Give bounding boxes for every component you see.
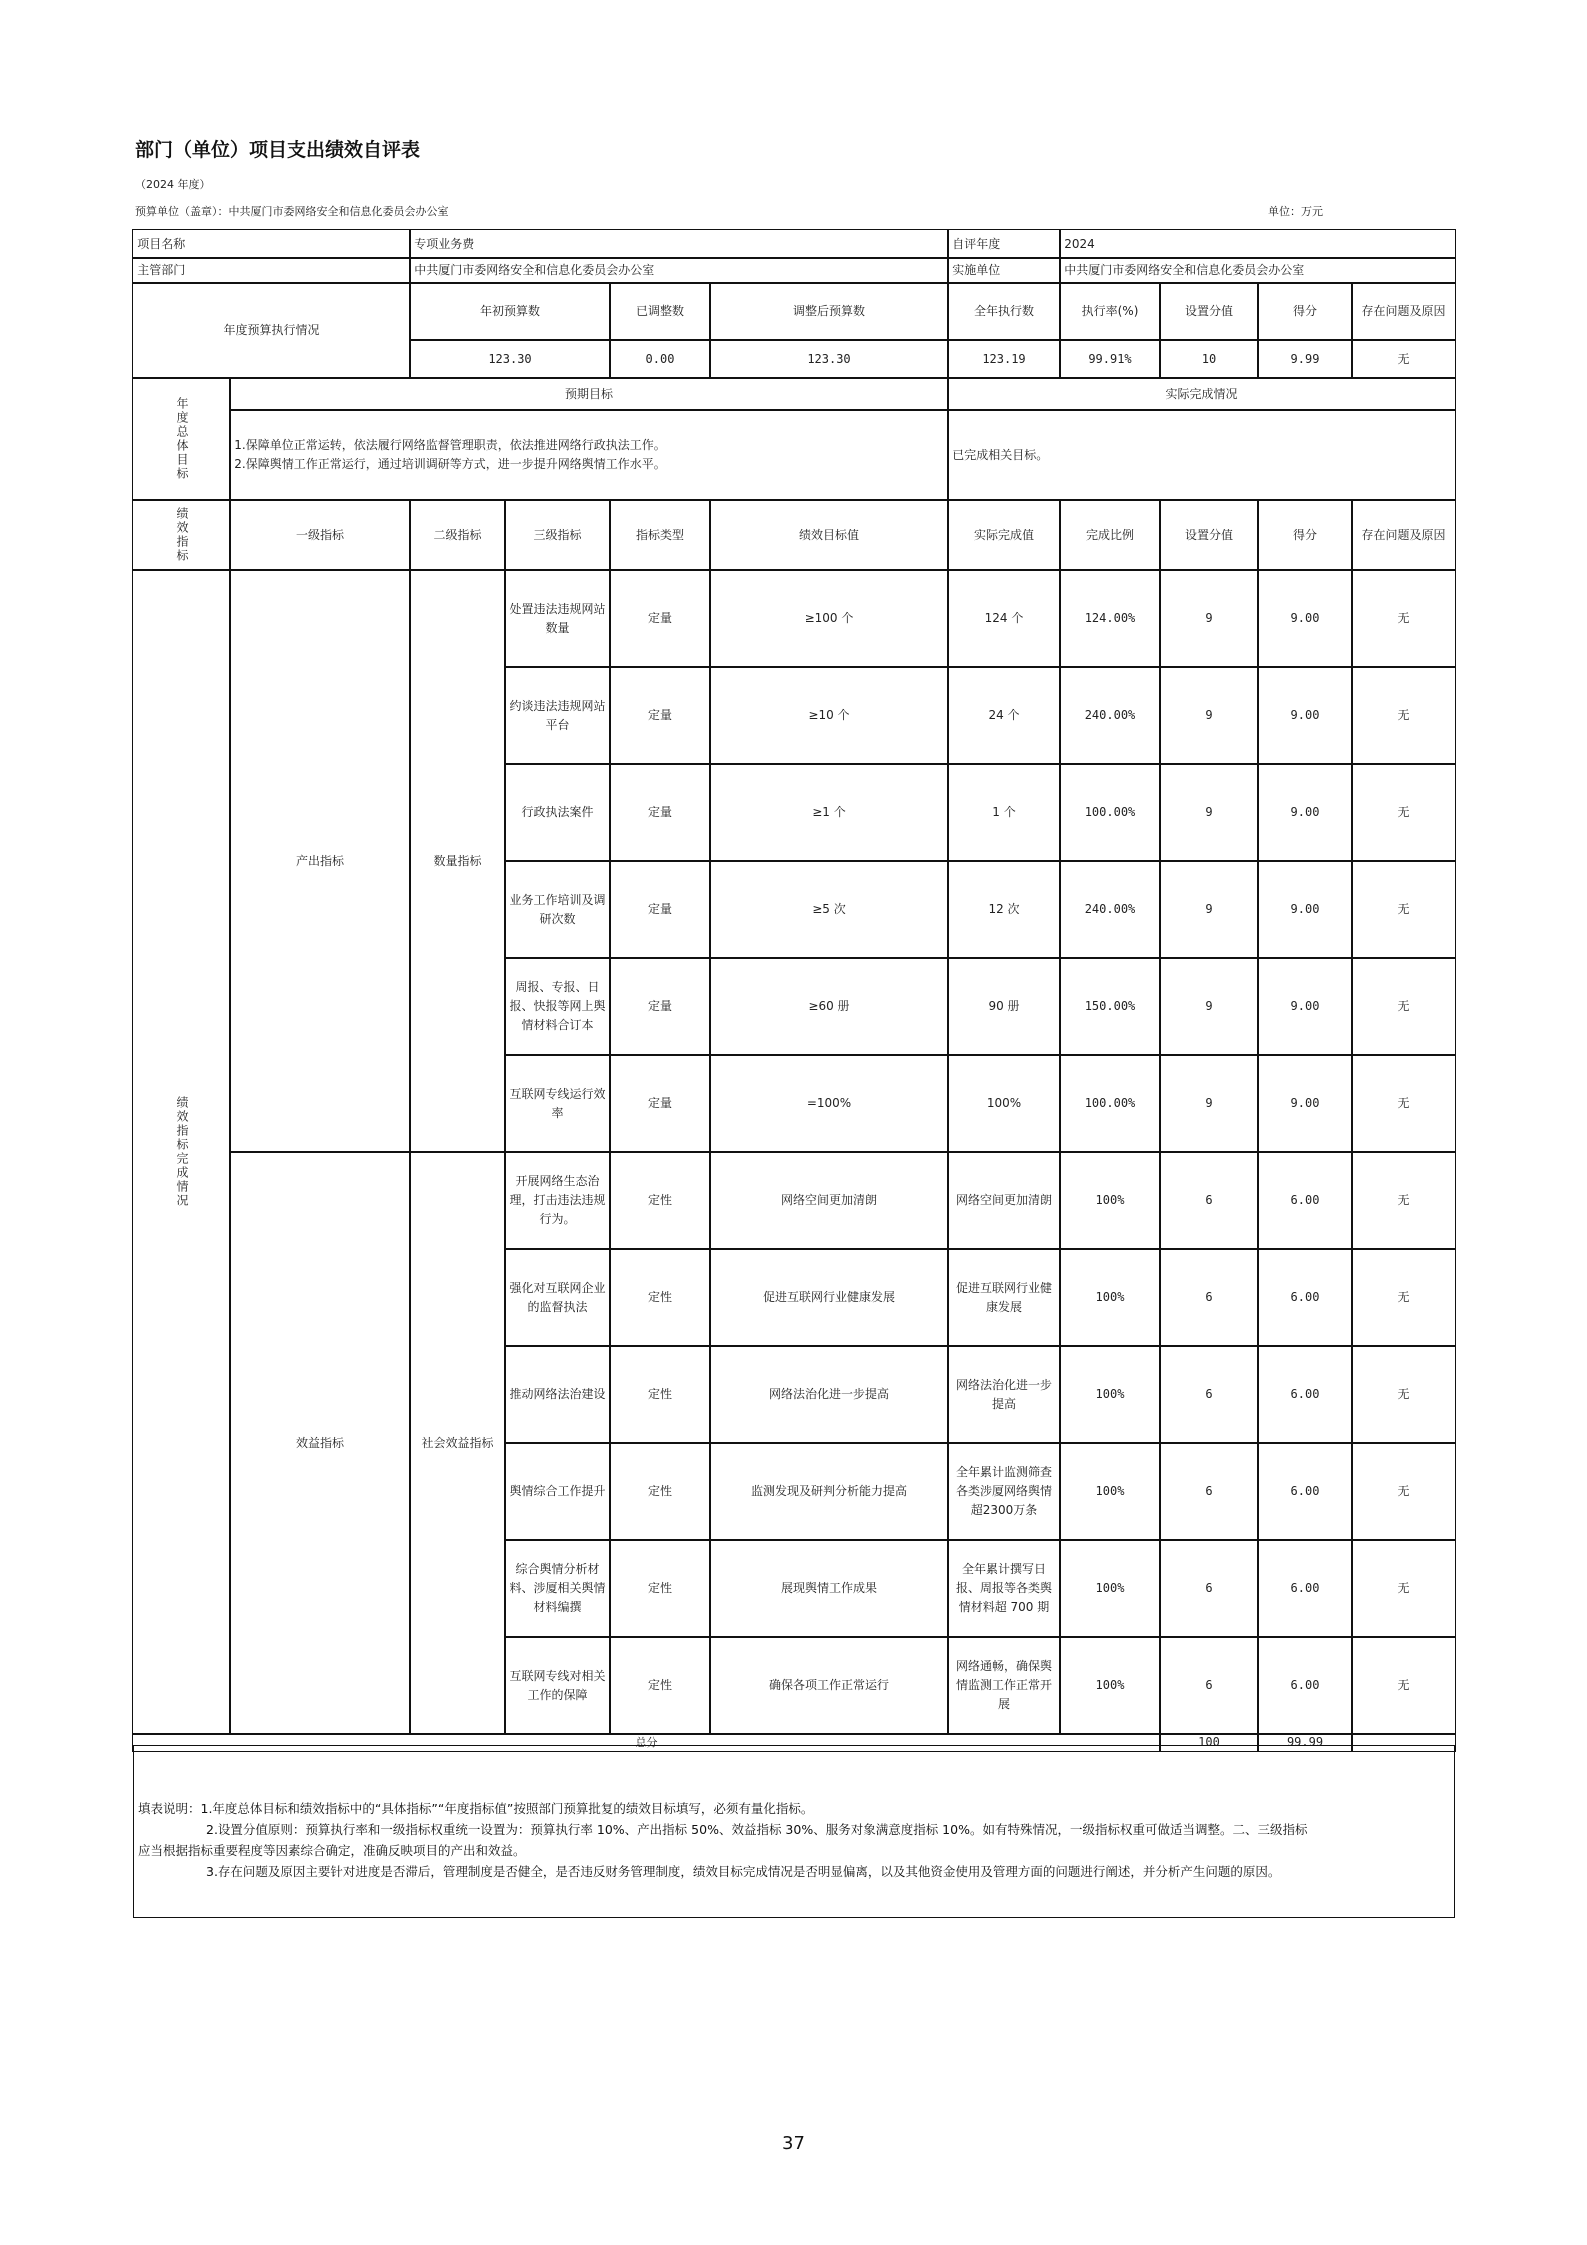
budget-unit: 预算单位（盖章）：中共厦门市委网络安全和信息化委员会办公室 bbox=[135, 203, 449, 219]
budget-header: 设置分值 bbox=[1159, 282, 1259, 341]
indicator-header-text: 完成比例 bbox=[1086, 526, 1134, 545]
indicator-header-text: 实际完成值 bbox=[974, 526, 1034, 545]
indicator-score-text: 9.00 bbox=[1291, 900, 1320, 919]
indicator-actual-text: 90 册 bbox=[988, 997, 1019, 1016]
indicator-weight: 9 bbox=[1159, 569, 1259, 668]
indicator-ratio: 100% bbox=[1059, 1248, 1161, 1347]
indicator-issue-text: 无 bbox=[1397, 900, 1409, 919]
budget-value-text: 123.30 bbox=[807, 350, 850, 369]
indicator-header-text: 二级指标 bbox=[433, 526, 481, 545]
indicator-type: 定量 bbox=[609, 666, 711, 765]
indicator-name-text: 强化对互联网企业的监督执法 bbox=[509, 1279, 606, 1317]
indicator-type: 定性 bbox=[609, 1636, 711, 1735]
impl: 中共厦门市委网络安全和信息化委员会办公室 bbox=[1059, 257, 1456, 284]
indicator-name-text: 行政执法案件 bbox=[521, 803, 593, 822]
indicator-type: 定量 bbox=[609, 957, 711, 1056]
indicator-weight: 6 bbox=[1159, 1151, 1259, 1250]
indicator-target: 确保各项工作正常运行 bbox=[709, 1636, 949, 1735]
indicator-score: 9.00 bbox=[1257, 860, 1353, 959]
budget-value: 0.00 bbox=[609, 339, 711, 379]
indicator-header: 存在问题及原因 bbox=[1351, 499, 1456, 571]
indicator-score-text: 9.00 bbox=[1291, 803, 1320, 822]
indicator-header: 完成比例 bbox=[1059, 499, 1161, 571]
indicator-type-text: 定性 bbox=[648, 1385, 672, 1404]
indicator-target-text: 监测发现及研判分析能力提高 bbox=[751, 1482, 907, 1501]
indicator-name: 推动网络法治建设 bbox=[504, 1345, 611, 1444]
indicator-weight: 9 bbox=[1159, 1054, 1259, 1153]
budget-value: 10 bbox=[1159, 339, 1259, 379]
indicator-header-text: 设置分值 bbox=[1185, 526, 1233, 545]
indicator-name: 周报、专报、日报、快报等网上舆情材料合订本 bbox=[504, 957, 611, 1056]
indicator-type-text: 定量 bbox=[648, 900, 672, 919]
indicator-weight-text: 9 bbox=[1205, 1094, 1212, 1113]
level1-benefit-text: 效益指标 bbox=[296, 1434, 344, 1453]
indicator-weight-text: 9 bbox=[1205, 803, 1212, 822]
budget-header-text: 得分 bbox=[1293, 302, 1317, 321]
indicator-name: 舆情综合工作提升 bbox=[504, 1442, 611, 1541]
indicator-name: 综合舆情分析材料、涉厦相关舆情材料编撰 bbox=[504, 1539, 611, 1638]
note-line-3: 应当根据指标重要程度等因素综合确定，准确反映项目的产出和效益。 bbox=[138, 1840, 1450, 1861]
budget-value-text: 9.99 bbox=[1291, 350, 1320, 369]
indicator-target-text: 确保各项工作正常运行 bbox=[769, 1676, 889, 1695]
indicator-score-text: 6.00 bbox=[1291, 1288, 1320, 1307]
level2-social-text: 社会效益指标 bbox=[421, 1434, 493, 1453]
indicator-actual: 100% bbox=[947, 1054, 1061, 1153]
budget-header: 存在问题及原因 bbox=[1351, 282, 1456, 341]
eval-year-label: 自评年度 bbox=[947, 229, 1061, 259]
indicator-target-text: 网络空间更加清朗 bbox=[781, 1191, 877, 1210]
indicator-score: 6.00 bbox=[1257, 1442, 1353, 1541]
indicator-weight-text: 6 bbox=[1205, 1191, 1212, 1210]
indicator-score: 9.00 bbox=[1257, 569, 1353, 668]
indicator-ratio-text: 240.00% bbox=[1085, 706, 1136, 725]
budget-header-text: 已调整数 bbox=[636, 302, 684, 321]
indicator-ratio: 100% bbox=[1059, 1345, 1161, 1444]
indicator-issue: 无 bbox=[1351, 1248, 1456, 1347]
indicator-header-text: 存在问题及原因 bbox=[1361, 526, 1445, 545]
year-note: （2024 年度） bbox=[135, 176, 211, 192]
indicator-score-text: 9.00 bbox=[1291, 1094, 1320, 1113]
budget-header: 已调整数 bbox=[609, 282, 711, 341]
indicator-type-text: 定量 bbox=[648, 997, 672, 1016]
indicator-target-text: 展现舆情工作成果 bbox=[781, 1579, 877, 1598]
indicator-score-text: 6.00 bbox=[1291, 1191, 1320, 1210]
indicator-header: 绩效目标值 bbox=[709, 499, 949, 571]
indicator-target: 网络空间更加清朗 bbox=[709, 1151, 949, 1250]
dept: 中共厦门市委网络安全和信息化委员会办公室 bbox=[409, 257, 949, 284]
indicator-name-text: 推动网络法治建设 bbox=[509, 1385, 605, 1404]
indicator-type: 定量 bbox=[609, 860, 711, 959]
indicator-target: 网络法治化进一步提高 bbox=[709, 1345, 949, 1444]
indicator-name: 处置违法违规网站数量 bbox=[504, 569, 611, 668]
expected-goals: 1.保障单位正常运转，依法履行网络监督管理职责，依法推进网络行政执法工作。2.保… bbox=[234, 436, 665, 474]
indicator-type-text: 定性 bbox=[648, 1482, 672, 1501]
indicator-target-text: 促进互联网行业健康发展 bbox=[763, 1288, 895, 1307]
indicator-issue: 无 bbox=[1351, 860, 1456, 959]
indicator-issue: 无 bbox=[1351, 569, 1456, 668]
indicator-score: 6.00 bbox=[1257, 1345, 1353, 1444]
budget-value-text: 123.19 bbox=[982, 350, 1025, 369]
indicator-target-text: ≥10 个 bbox=[808, 706, 849, 725]
indicator-target-text: ≥1 个 bbox=[812, 803, 846, 822]
indicator-type-text: 定量 bbox=[648, 706, 672, 725]
indicator-name-text: 约谈违法违规网站平台 bbox=[509, 697, 606, 735]
indicator-issue-text: 无 bbox=[1397, 1385, 1409, 1404]
indicator-issue: 无 bbox=[1351, 1539, 1456, 1638]
expected-goals-cell: 1.保障单位正常运转，依法履行网络监督管理职责，依法推进网络行政执法工作。2.保… bbox=[229, 409, 949, 501]
indicator-type-text: 定性 bbox=[648, 1579, 672, 1598]
indicator-issue: 无 bbox=[1351, 1054, 1456, 1153]
indicator-target: 展现舆情工作成果 bbox=[709, 1539, 949, 1638]
indicator-issue-text: 无 bbox=[1397, 803, 1409, 822]
indicator-issue-text: 无 bbox=[1397, 706, 1409, 725]
indicator-actual-text: 全年累计撰写日报、周报等各类舆情材料超 700 期 bbox=[952, 1560, 1056, 1617]
level2-quantity: 数量指标 bbox=[409, 569, 506, 1153]
actual-header-text: 实际完成情况 bbox=[1165, 385, 1237, 404]
expected-header-text: 预期目标 bbox=[565, 385, 613, 404]
indicator-issue-text: 无 bbox=[1397, 1288, 1409, 1307]
indicator-target-text: =100% bbox=[807, 1094, 851, 1113]
indicator-ratio: 100% bbox=[1059, 1151, 1161, 1250]
indicator-weight-text: 6 bbox=[1205, 1288, 1212, 1307]
indicator-score: 9.00 bbox=[1257, 763, 1353, 862]
indicator-ratio: 100.00% bbox=[1059, 1054, 1161, 1153]
budget-label: 年度预算执行情况 bbox=[132, 282, 411, 379]
page-number: 37 bbox=[0, 2133, 1587, 2154]
actual-goals: 已完成相关目标。 bbox=[947, 409, 1456, 501]
indicator-ratio-text: 100% bbox=[1096, 1579, 1125, 1598]
level1-output: 产出指标 bbox=[229, 569, 411, 1153]
budget-header-text: 执行率(%) bbox=[1082, 302, 1139, 321]
indicator-name: 业务工作培训及调研次数 bbox=[504, 860, 611, 959]
indicator-score-text: 9.00 bbox=[1291, 706, 1320, 725]
indicator-section-label: 绩效指标 bbox=[132, 499, 231, 571]
indicator-body-label: 绩效指标完成情况 bbox=[132, 569, 231, 1735]
indicator-issue: 无 bbox=[1351, 763, 1456, 862]
indicator-score-text: 6.00 bbox=[1291, 1482, 1320, 1501]
indicator-actual-text: 促进互联网行业健康发展 bbox=[952, 1279, 1056, 1317]
indicator-ratio-text: 150.00% bbox=[1085, 997, 1136, 1016]
expected-goal-line: 1.保障单位正常运转，依法履行网络监督管理职责，依法推进网络行政执法工作。 bbox=[234, 436, 665, 455]
eval-year-text: 2024 bbox=[1064, 235, 1095, 254]
indicator-weight-text: 9 bbox=[1205, 997, 1212, 1016]
indicator-ratio-text: 100.00% bbox=[1085, 1094, 1136, 1113]
indicator-name-text: 周报、专报、日报、快报等网上舆情材料合订本 bbox=[509, 978, 606, 1035]
indicator-target: ≥10 个 bbox=[709, 666, 949, 765]
indicator-weight-text: 9 bbox=[1205, 609, 1212, 628]
indicator-ratio: 100% bbox=[1059, 1442, 1161, 1541]
project-name-label-text: 项目名称 bbox=[137, 235, 185, 254]
indicator-type-text: 定量 bbox=[648, 609, 672, 628]
indicator-weight-text: 6 bbox=[1205, 1676, 1212, 1695]
indicator-name-text: 综合舆情分析材料、涉厦相关舆情材料编撰 bbox=[509, 1560, 606, 1617]
goals-label: 年度总体目标 bbox=[132, 377, 231, 501]
indicator-issue: 无 bbox=[1351, 1345, 1456, 1444]
indicator-weight: 9 bbox=[1159, 666, 1259, 765]
indicator-target: ≥5 次 bbox=[709, 860, 949, 959]
indicator-issue-text: 无 bbox=[1397, 1094, 1409, 1113]
indicator-target-text: 网络法治化进一步提高 bbox=[769, 1385, 889, 1404]
indicator-ratio: 240.00% bbox=[1059, 666, 1161, 765]
indicator-weight-text: 9 bbox=[1205, 900, 1212, 919]
indicator-type-text: 定性 bbox=[648, 1191, 672, 1210]
project-name-label: 项目名称 bbox=[132, 229, 411, 259]
indicator-weight: 9 bbox=[1159, 763, 1259, 862]
impl-label: 实施单位 bbox=[947, 257, 1061, 284]
eval-year-label-text: 自评年度 bbox=[952, 235, 1000, 254]
indicator-target-text: ≥60 册 bbox=[808, 997, 849, 1016]
indicator-name-text: 互联网专线运行效率 bbox=[509, 1085, 606, 1123]
indicator-weight-text: 9 bbox=[1205, 706, 1212, 725]
indicator-issue: 无 bbox=[1351, 1151, 1456, 1250]
budget-header-text: 年初预算数 bbox=[480, 302, 540, 321]
indicator-actual: 24 个 bbox=[947, 666, 1061, 765]
indicator-name: 强化对互联网企业的监督执法 bbox=[504, 1248, 611, 1347]
indicator-name: 约谈违法违规网站平台 bbox=[504, 666, 611, 765]
goals-label-text: 年度总体目标 bbox=[172, 397, 191, 481]
indicator-actual: 网络法治化进一步提高 bbox=[947, 1345, 1061, 1444]
indicator-header: 一级指标 bbox=[229, 499, 411, 571]
indicator-header: 设置分值 bbox=[1159, 499, 1259, 571]
budget-header: 执行率(%) bbox=[1059, 282, 1161, 341]
level1-benefit: 效益指标 bbox=[229, 1151, 411, 1735]
indicator-issue-text: 无 bbox=[1397, 1579, 1409, 1598]
indicator-name: 互联网专线对相关工作的保障 bbox=[504, 1636, 611, 1735]
indicator-type-text: 定量 bbox=[648, 1094, 672, 1113]
indicator-score: 9.00 bbox=[1257, 957, 1353, 1056]
budget-label-text: 年度预算执行情况 bbox=[223, 321, 319, 340]
indicator-weight: 9 bbox=[1159, 860, 1259, 959]
budget-value: 123.30 bbox=[709, 339, 949, 379]
indicator-type: 定性 bbox=[609, 1442, 711, 1541]
indicator-actual-text: 网络空间更加清朗 bbox=[956, 1191, 1052, 1210]
indicator-type: 定量 bbox=[609, 569, 711, 668]
indicator-issue-text: 无 bbox=[1397, 997, 1409, 1016]
indicator-actual-text: 100% bbox=[987, 1094, 1021, 1113]
indicator-name-text: 开展网络生态治理，打击违法违规行为。 bbox=[509, 1172, 606, 1229]
indicator-issue: 无 bbox=[1351, 957, 1456, 1056]
currency-unit: 单位：万元 bbox=[1268, 203, 1323, 219]
indicator-weight-text: 6 bbox=[1205, 1482, 1212, 1501]
indicator-type: 定性 bbox=[609, 1345, 711, 1444]
indicator-name: 行政执法案件 bbox=[504, 763, 611, 862]
indicator-type: 定性 bbox=[609, 1539, 711, 1638]
indicator-ratio-text: 100% bbox=[1096, 1385, 1125, 1404]
indicator-weight: 6 bbox=[1159, 1442, 1259, 1541]
indicator-score: 6.00 bbox=[1257, 1636, 1353, 1735]
indicator-score-text: 6.00 bbox=[1291, 1676, 1320, 1695]
indicator-ratio-text: 100% bbox=[1096, 1676, 1125, 1695]
indicator-issue-text: 无 bbox=[1397, 1482, 1409, 1501]
indicator-header: 三级指标 bbox=[504, 499, 611, 571]
indicator-ratio-text: 100% bbox=[1096, 1482, 1125, 1501]
indicator-ratio: 124.00% bbox=[1059, 569, 1161, 668]
indicator-target: 促进互联网行业健康发展 bbox=[709, 1248, 949, 1347]
indicator-weight: 6 bbox=[1159, 1636, 1259, 1735]
impl-text: 中共厦门市委网络安全和信息化委员会办公室 bbox=[1064, 261, 1304, 280]
indicator-issue: 无 bbox=[1351, 1636, 1456, 1735]
eval-year: 2024 bbox=[1059, 229, 1456, 259]
budget-header: 得分 bbox=[1257, 282, 1353, 341]
indicator-score-text: 6.00 bbox=[1291, 1579, 1320, 1598]
indicator-name-text: 业务工作培训及调研次数 bbox=[509, 891, 606, 929]
budget-header: 调整后预算数 bbox=[709, 282, 949, 341]
budget-header-text: 调整后预算数 bbox=[793, 302, 865, 321]
indicator-score: 6.00 bbox=[1257, 1539, 1353, 1638]
indicator-header: 实际完成值 bbox=[947, 499, 1061, 571]
budget-value-text: 10 bbox=[1202, 350, 1216, 369]
indicator-actual: 全年累计监测筛查各类涉厦网络舆情超2300万条 bbox=[947, 1442, 1061, 1541]
indicator-actual-text: 1 个 bbox=[992, 803, 1015, 822]
indicator-header-text: 一级指标 bbox=[296, 526, 344, 545]
impl-label-text: 实施单位 bbox=[952, 261, 1000, 280]
indicator-weight: 6 bbox=[1159, 1539, 1259, 1638]
indicator-ratio: 100% bbox=[1059, 1539, 1161, 1638]
actual-header: 实际完成情况 bbox=[947, 377, 1456, 411]
indicator-body-label-text: 绩效指标完成情况 bbox=[172, 1096, 191, 1208]
indicator-target-text: ≥5 次 bbox=[812, 900, 846, 919]
indicator-name-text: 舆情综合工作提升 bbox=[509, 1482, 605, 1501]
indicator-score-text: 9.00 bbox=[1291, 609, 1320, 628]
fill-instructions: 填表说明：1.年度总体目标和绩效指标中的“具体指标”“年度指标值”按照部门预算批… bbox=[133, 1745, 1455, 1918]
indicator-actual: 1 个 bbox=[947, 763, 1061, 862]
indicator-header-text: 得分 bbox=[1293, 526, 1317, 545]
indicator-type: 定性 bbox=[609, 1151, 711, 1250]
indicator-ratio-text: 124.00% bbox=[1085, 609, 1136, 628]
indicator-actual: 90 册 bbox=[947, 957, 1061, 1056]
budget-value: 9.99 bbox=[1257, 339, 1353, 379]
level1-output-text: 产出指标 bbox=[296, 852, 344, 871]
indicator-header: 得分 bbox=[1257, 499, 1353, 571]
indicator-weight: 6 bbox=[1159, 1248, 1259, 1347]
budget-value: 无 bbox=[1351, 339, 1456, 379]
indicator-name: 互联网专线运行效率 bbox=[504, 1054, 611, 1153]
indicator-type-text: 定性 bbox=[648, 1676, 672, 1695]
indicator-actual-text: 网络法治化进一步提高 bbox=[952, 1376, 1056, 1414]
level2-quantity-text: 数量指标 bbox=[433, 852, 481, 871]
project-name: 专项业务费 bbox=[409, 229, 949, 259]
indicator-ratio: 100% bbox=[1059, 1636, 1161, 1735]
budget-value: 123.19 bbox=[947, 339, 1061, 379]
indicator-target: ≥1 个 bbox=[709, 763, 949, 862]
budget-value-text: 无 bbox=[1397, 350, 1409, 369]
page-title: 部门（单位）项目支出绩效自评表 bbox=[135, 135, 420, 162]
indicator-score: 9.00 bbox=[1257, 666, 1353, 765]
budget-value-text: 99.91% bbox=[1088, 350, 1131, 369]
budget-value-text: 123.30 bbox=[488, 350, 531, 369]
dept-label-text: 主管部门 bbox=[137, 261, 185, 280]
indicator-target: ≥60 册 bbox=[709, 957, 949, 1056]
indicator-target-text: ≥100 个 bbox=[805, 609, 854, 628]
note-line-2: 2.设置分值原则：预算执行率和一级指标权重统一设置为：预算执行率 10%、产出指… bbox=[138, 1819, 1450, 1840]
indicator-issue: 无 bbox=[1351, 666, 1456, 765]
indicator-target: ≥100 个 bbox=[709, 569, 949, 668]
indicator-name-text: 处置违法违规网站数量 bbox=[509, 600, 606, 638]
indicator-actual: 全年累计撰写日报、周报等各类舆情材料超 700 期 bbox=[947, 1539, 1061, 1638]
indicator-target: =100% bbox=[709, 1054, 949, 1153]
indicator-issue-text: 无 bbox=[1397, 1191, 1409, 1210]
expected-header: 预期目标 bbox=[229, 377, 949, 411]
indicator-header-text: 绩效目标值 bbox=[799, 526, 859, 545]
indicator-issue-text: 无 bbox=[1397, 1676, 1409, 1695]
project-name-text: 专项业务费 bbox=[414, 235, 474, 254]
indicator-type-text: 定性 bbox=[648, 1288, 672, 1307]
budget-header-text: 设置分值 bbox=[1185, 302, 1233, 321]
indicator-actual-text: 12 次 bbox=[988, 900, 1019, 919]
indicator-type-text: 定量 bbox=[648, 803, 672, 822]
indicator-weight-text: 6 bbox=[1205, 1385, 1212, 1404]
indicator-actual-text: 网络通畅，确保舆情监测工作正常开展 bbox=[952, 1657, 1056, 1714]
budget-value-text: 0.00 bbox=[646, 350, 675, 369]
indicator-actual: 12 次 bbox=[947, 860, 1061, 959]
indicator-target: 监测发现及研判分析能力提高 bbox=[709, 1442, 949, 1541]
indicator-score: 6.00 bbox=[1257, 1151, 1353, 1250]
budget-value: 123.30 bbox=[409, 339, 611, 379]
indicator-score-text: 9.00 bbox=[1291, 997, 1320, 1016]
indicator-actual-text: 124 个 bbox=[985, 609, 1024, 628]
indicator-weight: 9 bbox=[1159, 957, 1259, 1056]
indicator-section-label-text: 绩效指标 bbox=[172, 507, 191, 563]
indicator-issue: 无 bbox=[1351, 1442, 1456, 1541]
dept-text: 中共厦门市委网络安全和信息化委员会办公室 bbox=[414, 261, 654, 280]
dept-label: 主管部门 bbox=[132, 257, 411, 284]
budget-header-text: 全年执行数 bbox=[974, 302, 1034, 321]
indicator-ratio: 150.00% bbox=[1059, 957, 1161, 1056]
budget-header: 全年执行数 bbox=[947, 282, 1061, 341]
indicator-ratio-text: 100% bbox=[1096, 1191, 1125, 1210]
indicator-header-text: 三级指标 bbox=[533, 526, 581, 545]
note-line-4: 3.存在问题及原因主要针对进度是否滞后，管理制度是否健全，是否违反财务管理制度，… bbox=[138, 1861, 1450, 1882]
indicator-ratio-text: 100.00% bbox=[1085, 803, 1136, 822]
indicator-name: 开展网络生态治理，打击违法违规行为。 bbox=[504, 1151, 611, 1250]
level2-social: 社会效益指标 bbox=[409, 1151, 506, 1735]
indicator-ratio-text: 240.00% bbox=[1085, 900, 1136, 919]
indicator-name-text: 互联网专线对相关工作的保障 bbox=[509, 1667, 606, 1705]
indicator-weight-text: 6 bbox=[1205, 1579, 1212, 1598]
indicator-ratio: 240.00% bbox=[1059, 860, 1161, 959]
indicator-header-text: 指标类型 bbox=[636, 526, 684, 545]
indicator-actual-text: 24 个 bbox=[988, 706, 1019, 725]
indicator-weight: 6 bbox=[1159, 1345, 1259, 1444]
indicator-ratio: 100.00% bbox=[1059, 763, 1161, 862]
indicator-issue-text: 无 bbox=[1397, 609, 1409, 628]
indicator-score: 9.00 bbox=[1257, 1054, 1353, 1153]
note-line-1: 填表说明：1.年度总体目标和绩效指标中的“具体指标”“年度指标值”按照部门预算批… bbox=[138, 1798, 1450, 1819]
indicator-actual: 促进互联网行业健康发展 bbox=[947, 1248, 1061, 1347]
indicator-type: 定量 bbox=[609, 1054, 711, 1153]
indicator-header: 指标类型 bbox=[609, 499, 711, 571]
indicator-actual-text: 全年累计监测筛查各类涉厦网络舆情超2300万条 bbox=[952, 1463, 1056, 1520]
indicator-type: 定性 bbox=[609, 1248, 711, 1347]
indicator-actual: 网络空间更加清朗 bbox=[947, 1151, 1061, 1250]
expected-goal-line: 2.保障舆情工作正常运行，通过培训调研等方式，进一步提升网络舆情工作水平。 bbox=[234, 455, 665, 474]
budget-header: 年初预算数 bbox=[409, 282, 611, 341]
indicator-score: 6.00 bbox=[1257, 1248, 1353, 1347]
indicator-score-text: 6.00 bbox=[1291, 1385, 1320, 1404]
indicator-header: 二级指标 bbox=[409, 499, 506, 571]
indicator-actual: 网络通畅，确保舆情监测工作正常开展 bbox=[947, 1636, 1061, 1735]
indicator-type: 定量 bbox=[609, 763, 711, 862]
actual-goals-text: 已完成相关目标。 bbox=[952, 446, 1048, 465]
indicator-ratio-text: 100% bbox=[1096, 1288, 1125, 1307]
budget-header-text: 存在问题及原因 bbox=[1361, 302, 1445, 321]
budget-value: 99.91% bbox=[1059, 339, 1161, 379]
indicator-actual: 124 个 bbox=[947, 569, 1061, 668]
